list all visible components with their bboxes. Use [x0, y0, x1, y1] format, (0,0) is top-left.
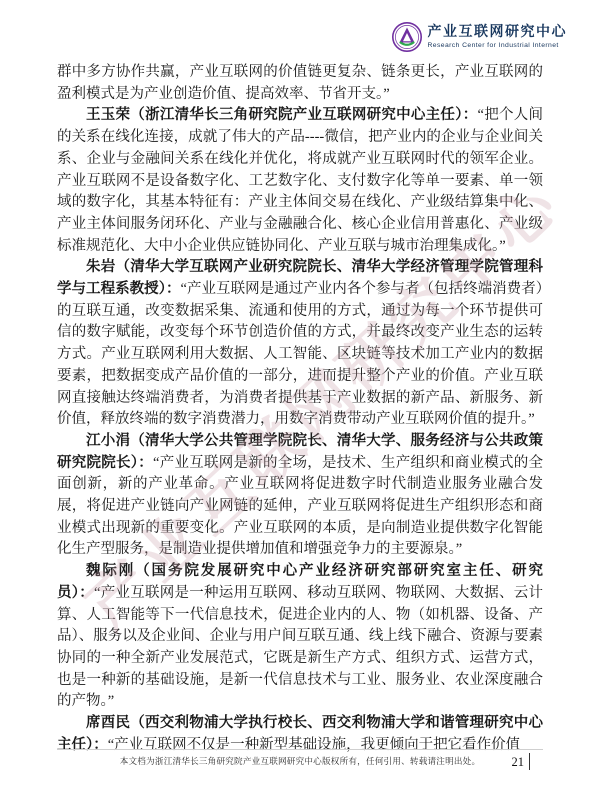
logo-title: 产业互联网研究中心	[428, 25, 568, 41]
page-header: 产业互联网研究中心 Research Center for Industrial…	[0, 0, 600, 62]
paragraph: 王玉荣（浙江清华长三角研究院产业互联网研究中心主任）：“把个人间的关系在线化连接…	[57, 105, 543, 257]
page-footer: 本文档为浙江清华长三角研究院产业互联网研究中心版权所有，任何引用、转载请注明出处…	[57, 749, 543, 767]
paragraph-text: “把个人间的关系在线化连接，成就了伟大的产品----微信，把产业内的企业与企业间…	[57, 107, 543, 253]
paragraph: 魏际刚（国务院发展研究中心产业经济研究部研究室主任、研究员）：“产业互联网是一种…	[57, 561, 543, 713]
paragraph-text: “产业互联网是通过产业内各个参与者（包括终端消费者）的互联互通，改变数据采集、流…	[57, 281, 543, 427]
document-page: 产业互联网研究中心 产业互联网研究中心 Research Center for …	[0, 0, 600, 808]
page-number-value: 21	[512, 755, 525, 769]
footer-note: 本文档为浙江清华长三角研究院产业互联网研究中心版权所有，任何引用、转载请注明出处…	[57, 755, 543, 767]
logo-text: 产业互联网研究中心 Research Center for Industrial…	[428, 25, 568, 50]
paragraph: 朱岩（清华大学互联网产业研究院院长、清华大学经济管理学院管理科学与工程系教授）：…	[57, 257, 543, 431]
logo-emblem-icon	[391, 21, 423, 53]
logo-subtitle: Research Center for Industrial Internet	[428, 41, 568, 50]
logo: 产业互联网研究中心 Research Center for Industrial…	[391, 21, 568, 53]
speaker-name: 王玉荣（浙江清华长三角研究院产业互联网研究中心主任）：	[86, 107, 478, 123]
page-number-bar	[529, 753, 530, 770]
paragraph-text: 群中多方协作共赢，产业互联网的价值链更复杂、链条更长，产业互联网的盈利模式是为产…	[57, 64, 543, 102]
page-number: 21	[512, 753, 531, 770]
paragraph: 群中多方协作共赢，产业互联网的价值链更复杂、链条更长，产业互联网的盈利模式是为产…	[57, 62, 543, 105]
paragraph: 江小涓（清华大学公共管理学院院长、清华大学、服务经济与公共政策研究院院长）：“产…	[57, 431, 543, 561]
paragraph-text: “产业互联网是一种运用互联网、移动互联网、物联网、大数据、云计算、人工智能等下一…	[57, 585, 543, 710]
document-body: 群中多方协作共赢，产业互联网的价值链更复杂、链条更长，产业互联网的盈利模式是为产…	[0, 62, 600, 757]
